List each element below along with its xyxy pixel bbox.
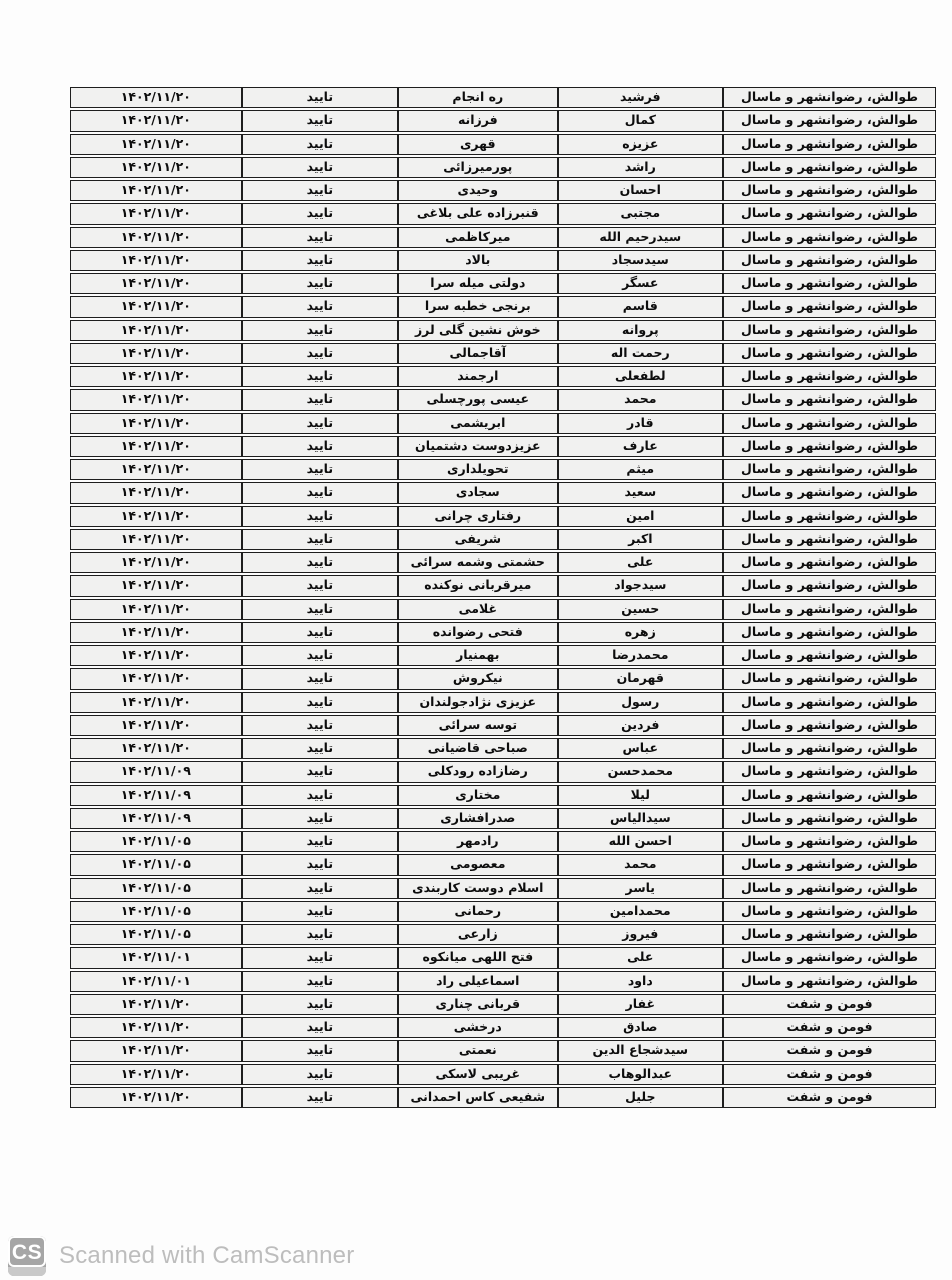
cell-status: تایید	[242, 761, 398, 782]
cell-date: ۱۴۰۲/۱۱/۲۰	[70, 645, 242, 666]
cell-last-name: رضازاده رودکلی	[398, 761, 557, 782]
cell-date: ۱۴۰۲/۱۱/۲۰	[70, 668, 242, 689]
cell-last-name: اسماعیلی راد	[398, 971, 557, 992]
cell-region: طوالش، رضوانشهر و ماسال	[723, 668, 936, 689]
cell-first-name: لطفعلی	[558, 366, 724, 387]
cell-date: ۱۴۰۲/۱۱/۲۰	[70, 622, 242, 643]
cell-status: تایید	[242, 436, 398, 457]
cell-first-name: احسن الله	[558, 831, 724, 852]
cell-status: تایید	[242, 482, 398, 503]
cell-region: طوالش، رضوانشهر و ماسال	[723, 134, 936, 155]
cell-first-name: محمدرضا	[558, 645, 724, 666]
table-row: طوالش، رضوانشهر و ماسال رحمت اله آقاجمال…	[70, 343, 936, 364]
cell-status: تایید	[242, 320, 398, 341]
cell-date: ۱۴۰۲/۱۱/۰۹	[70, 761, 242, 782]
cell-first-name: راشد	[558, 157, 724, 178]
table-row: طوالش، رضوانشهر و ماسال لیلا مختاری تایی…	[70, 785, 936, 806]
table-row: طوالش، رضوانشهر و ماسال زهره فتحی رضواند…	[70, 622, 936, 643]
cell-first-name: قادر	[558, 413, 724, 434]
cell-region: طوالش، رضوانشهر و ماسال	[723, 436, 936, 457]
cell-region: طوالش، رضوانشهر و ماسال	[723, 296, 936, 317]
cell-first-name: محمد	[558, 389, 724, 410]
table-row: طوالش، رضوانشهر و ماسال مجتبی قنبرزاده ع…	[70, 203, 936, 224]
table-row: طوالش، رضوانشهر و ماسال عسگر دولتی میله …	[70, 273, 936, 294]
table-row: فومن و شفت سیدشجاع الدین نعمتی تایید ۱۴۰…	[70, 1040, 936, 1061]
approval-table: طوالش، رضوانشهر و ماسال فرشید ره انجام ت…	[70, 85, 936, 1110]
cell-date: ۱۴۰۲/۱۱/۰۵	[70, 924, 242, 945]
cell-last-name: درخشی	[398, 1017, 557, 1038]
cell-status: تایید	[242, 1017, 398, 1038]
cell-last-name: نعمتی	[398, 1040, 557, 1061]
table-row: طوالش، رضوانشهر و ماسال سیدرحیم الله میر…	[70, 227, 936, 248]
cell-status: تایید	[242, 645, 398, 666]
cell-last-name: عزیزدوست دشتمیان	[398, 436, 557, 457]
cell-status: تایید	[242, 459, 398, 480]
cell-date: ۱۴۰۲/۱۱/۲۰	[70, 366, 242, 387]
table-row: طوالش، رضوانشهر و ماسال لطفعلی ارجمند تا…	[70, 366, 936, 387]
cell-region: طوالش، رضوانشهر و ماسال	[723, 645, 936, 666]
cell-first-name: عباس	[558, 738, 724, 759]
cell-last-name: زارعی	[398, 924, 557, 945]
cell-last-name: ابریشمی	[398, 413, 557, 434]
cell-first-name: عبدالوهاب	[558, 1064, 724, 1085]
cell-date: ۱۴۰۲/۱۱/۲۰	[70, 343, 242, 364]
table-row: طوالش، رضوانشهر و ماسال محمدرضا بهمنیار …	[70, 645, 936, 666]
cell-first-name: فردین	[558, 715, 724, 736]
table-row: طوالش، رضوانشهر و ماسال اکبر شریفی تایید…	[70, 529, 936, 550]
cell-last-name: شریفی	[398, 529, 557, 550]
cell-date: ۱۴۰۲/۱۱/۲۰	[70, 1087, 242, 1108]
table-row: طوالش، رضوانشهر و ماسال علی فتح اللهی می…	[70, 947, 936, 968]
table-row: طوالش، رضوانشهر و ماسال فیروز زارعی تایی…	[70, 924, 936, 945]
cell-region: طوالش، رضوانشهر و ماسال	[723, 87, 936, 108]
cell-first-name: امین	[558, 506, 724, 527]
cell-region: طوالش، رضوانشهر و ماسال	[723, 227, 936, 248]
cell-region: طوالش، رضوانشهر و ماسال	[723, 273, 936, 294]
cell-date: ۱۴۰۲/۱۱/۰۵	[70, 854, 242, 875]
cell-status: تایید	[242, 924, 398, 945]
cell-first-name: سیدالیاس	[558, 808, 724, 829]
cell-date: ۱۴۰۲/۱۱/۰۹	[70, 785, 242, 806]
table-row: طوالش، رضوانشهر و ماسال سیدجواد میرقربان…	[70, 575, 936, 596]
cell-status: تایید	[242, 878, 398, 899]
cell-first-name: سعید	[558, 482, 724, 503]
cell-first-name: کمال	[558, 110, 724, 131]
cell-region: طوالش، رضوانشهر و ماسال	[723, 343, 936, 364]
cell-region: طوالش، رضوانشهر و ماسال	[723, 947, 936, 968]
cell-date: ۱۴۰۲/۱۱/۲۰	[70, 552, 242, 573]
cell-first-name: علی	[558, 552, 724, 573]
cell-status: تایید	[242, 110, 398, 131]
scanned-document-page: طوالش، رضوانشهر و ماسال فرشید ره انجام ت…	[0, 0, 952, 1280]
table-row: طوالش، رضوانشهر و ماسال یاسر اسلام دوست …	[70, 878, 936, 899]
table-row: طوالش، رضوانشهر و ماسال احسان وحیدی تایی…	[70, 180, 936, 201]
cell-first-name: قهرمان	[558, 668, 724, 689]
cell-status: تایید	[242, 785, 398, 806]
cell-status: تایید	[242, 692, 398, 713]
cell-region: طوالش، رضوانشهر و ماسال	[723, 366, 936, 387]
cell-first-name: محمدامین	[558, 901, 724, 922]
cell-region: طوالش، رضوانشهر و ماسال	[723, 250, 936, 271]
cell-region: فومن و شفت	[723, 994, 936, 1015]
cell-date: ۱۴۰۲/۱۱/۲۰	[70, 87, 242, 108]
cell-first-name: داود	[558, 971, 724, 992]
cell-date: ۱۴۰۲/۱۱/۲۰	[70, 692, 242, 713]
cell-region: طوالش، رضوانشهر و ماسال	[723, 971, 936, 992]
cell-region: طوالش، رضوانشهر و ماسال	[723, 808, 936, 829]
cell-last-name: خوش نشین گلی لرز	[398, 320, 557, 341]
cell-last-name: صدرافشاری	[398, 808, 557, 829]
cell-status: تایید	[242, 227, 398, 248]
cell-last-name: رحمانی	[398, 901, 557, 922]
cell-region: طوالش، رضوانشهر و ماسال	[723, 785, 936, 806]
cell-date: ۱۴۰۲/۱۱/۲۰	[70, 250, 242, 271]
table-row: فومن و شفت جلیل شفیعی کاس احمدانی تایید …	[70, 1087, 936, 1108]
cell-last-name: غلامی	[398, 599, 557, 620]
cell-last-name: پورمیرزائی	[398, 157, 557, 178]
cell-last-name: قربانی چناری	[398, 994, 557, 1015]
cell-status: تایید	[242, 738, 398, 759]
cell-status: تایید	[242, 343, 398, 364]
table-row: طوالش، رضوانشهر و ماسال علی حشمتی وشمه س…	[70, 552, 936, 573]
cell-date: ۱۴۰۲/۱۱/۲۰	[70, 134, 242, 155]
cell-status: تایید	[242, 971, 398, 992]
table-row: طوالش، رضوانشهر و ماسال محمدحسن رضازاده …	[70, 761, 936, 782]
cell-status: تایید	[242, 366, 398, 387]
camscanner-logo-icon: CS	[8, 1236, 46, 1276]
cell-first-name: لیلا	[558, 785, 724, 806]
cell-status: تایید	[242, 203, 398, 224]
cell-status: تایید	[242, 552, 398, 573]
cell-first-name: حسین	[558, 599, 724, 620]
cell-status: تایید	[242, 134, 398, 155]
cell-date: ۱۴۰۲/۱۱/۲۰	[70, 180, 242, 201]
cell-last-name: عزیزی نژادجولندان	[398, 692, 557, 713]
cell-region: فومن و شفت	[723, 1064, 936, 1085]
cell-region: طوالش، رضوانشهر و ماسال	[723, 203, 936, 224]
cell-last-name: وحیدی	[398, 180, 557, 201]
cell-last-name: میرکاظمی	[398, 227, 557, 248]
table-row: طوالش، رضوانشهر و ماسال عارف عزیزدوست دش…	[70, 436, 936, 457]
cell-date: ۱۴۰۲/۱۱/۲۰	[70, 413, 242, 434]
cell-status: تایید	[242, 668, 398, 689]
cell-region: طوالش، رضوانشهر و ماسال	[723, 506, 936, 527]
table-row: طوالش، رضوانشهر و ماسال سیدالیاس صدرافشا…	[70, 808, 936, 829]
cell-status: تایید	[242, 1040, 398, 1061]
cell-status: تایید	[242, 389, 398, 410]
cell-first-name: فیروز	[558, 924, 724, 945]
cell-status: تایید	[242, 529, 398, 550]
table-row: طوالش، رضوانشهر و ماسال فردین توسه سرائی…	[70, 715, 936, 736]
cell-last-name: رفتاری چرانی	[398, 506, 557, 527]
cell-region: طوالش، رضوانشهر و ماسال	[723, 738, 936, 759]
table-row: فومن و شفت عبدالوهاب غریبی لاسکی تایید ۱…	[70, 1064, 936, 1085]
cell-first-name: فرشید	[558, 87, 724, 108]
cell-date: ۱۴۰۲/۱۱/۲۰	[70, 157, 242, 178]
cell-date: ۱۴۰۲/۱۱/۲۰	[70, 320, 242, 341]
cell-last-name: ره انجام	[398, 87, 557, 108]
table-row: طوالش، رضوانشهر و ماسال محمد عیسی پورچسل…	[70, 389, 936, 410]
cell-first-name: رحمت اله	[558, 343, 724, 364]
cell-last-name: برنجی خطبه سرا	[398, 296, 557, 317]
cell-date: ۱۴۰۲/۱۱/۲۰	[70, 506, 242, 527]
cell-region: طوالش، رضوانشهر و ماسال	[723, 575, 936, 596]
table-row: فومن و شفت صادق درخشی تایید ۱۴۰۲/۱۱/۲۰	[70, 1017, 936, 1038]
cell-region: طوالش، رضوانشهر و ماسال	[723, 389, 936, 410]
cell-status: تایید	[242, 250, 398, 271]
cell-last-name: مختاری	[398, 785, 557, 806]
table-row: طوالش، رضوانشهر و ماسال قاسم برنجی خطبه …	[70, 296, 936, 317]
cs-badge-text: CS	[8, 1236, 46, 1267]
cell-first-name: عزیزه	[558, 134, 724, 155]
cell-last-name: معصومی	[398, 854, 557, 875]
table-row: طوالش، رضوانشهر و ماسال پروانه خوش نشین …	[70, 320, 936, 341]
cell-region: طوالش، رضوانشهر و ماسال	[723, 831, 936, 852]
cell-region: طوالش، رضوانشهر و ماسال	[723, 110, 936, 131]
cell-date: ۱۴۰۲/۱۱/۲۰	[70, 1017, 242, 1038]
cell-status: تایید	[242, 599, 398, 620]
table-row: طوالش، رضوانشهر و ماسال حسین غلامی تایید…	[70, 599, 936, 620]
cell-first-name: مجتبی	[558, 203, 724, 224]
cell-last-name: اسلام دوست کاربندی	[398, 878, 557, 899]
cell-status: تایید	[242, 994, 398, 1015]
table-row: فومن و شفت غفار قربانی چناری تایید ۱۴۰۲/…	[70, 994, 936, 1015]
cell-date: ۱۴۰۲/۱۱/۲۰	[70, 459, 242, 480]
cell-region: طوالش، رضوانشهر و ماسال	[723, 715, 936, 736]
cell-region: طوالش، رضوانشهر و ماسال	[723, 901, 936, 922]
cell-last-name: رادمهر	[398, 831, 557, 852]
cs-badge-tab	[8, 1267, 46, 1276]
cell-status: تایید	[242, 413, 398, 434]
cell-last-name: فرزانه	[398, 110, 557, 131]
table-row: طوالش، رضوانشهر و ماسال قادر ابریشمی تای…	[70, 413, 936, 434]
cell-first-name: میثم	[558, 459, 724, 480]
cell-date: ۱۴۰۲/۱۱/۲۰	[70, 296, 242, 317]
cell-last-name: فتح اللهی میانکوه	[398, 947, 557, 968]
cell-date: ۱۴۰۲/۱۱/۰۹	[70, 808, 242, 829]
cell-first-name: احسان	[558, 180, 724, 201]
cell-last-name: قهری	[398, 134, 557, 155]
cell-date: ۱۴۰۲/۱۱/۲۰	[70, 529, 242, 550]
cell-date: ۱۴۰۲/۱۱/۲۰	[70, 599, 242, 620]
table-row: طوالش، رضوانشهر و ماسال سعید سجادی تایید…	[70, 482, 936, 503]
cell-first-name: جلیل	[558, 1087, 724, 1108]
cell-date: ۱۴۰۲/۱۱/۲۰	[70, 994, 242, 1015]
cell-first-name: قاسم	[558, 296, 724, 317]
cell-last-name: بهمنیار	[398, 645, 557, 666]
table-row: طوالش، رضوانشهر و ماسال عزیزه قهری تایید…	[70, 134, 936, 155]
table-row: طوالش، رضوانشهر و ماسال قهرمان نیکروش تا…	[70, 668, 936, 689]
cell-status: تایید	[242, 87, 398, 108]
cell-status: تایید	[242, 180, 398, 201]
cell-status: تایید	[242, 273, 398, 294]
cell-status: تایید	[242, 831, 398, 852]
cell-first-name: عارف	[558, 436, 724, 457]
table-row: طوالش، رضوانشهر و ماسال داود اسماعیلی را…	[70, 971, 936, 992]
cell-last-name: عیسی پورچسلی	[398, 389, 557, 410]
cell-status: تایید	[242, 901, 398, 922]
cell-last-name: میرقربانی نوکنده	[398, 575, 557, 596]
cell-region: طوالش، رضوانشهر و ماسال	[723, 622, 936, 643]
cell-region: طوالش، رضوانشهر و ماسال	[723, 180, 936, 201]
cell-last-name: صباحی قاضیانی	[398, 738, 557, 759]
cell-last-name: حشمتی وشمه سرائی	[398, 552, 557, 573]
cell-status: تایید	[242, 506, 398, 527]
cell-status: تایید	[242, 947, 398, 968]
cell-last-name: غریبی لاسکی	[398, 1064, 557, 1085]
cell-first-name: سیدرحیم الله	[558, 227, 724, 248]
cell-date: ۱۴۰۲/۱۱/۰۵	[70, 831, 242, 852]
cell-date: ۱۴۰۲/۱۱/۰۵	[70, 901, 242, 922]
cell-status: تایید	[242, 1087, 398, 1108]
cell-last-name: دولتی میله سرا	[398, 273, 557, 294]
cell-last-name: توسه سرائی	[398, 715, 557, 736]
cell-date: ۱۴۰۲/۱۱/۰۱	[70, 947, 242, 968]
cell-region: طوالش، رضوانشهر و ماسال	[723, 320, 936, 341]
cell-first-name: غفار	[558, 994, 724, 1015]
cell-last-name: قنبرزاده علی بلاغی	[398, 203, 557, 224]
cell-last-name: ارجمند	[398, 366, 557, 387]
table-row: طوالش، رضوانشهر و ماسال محمد معصومی تایی…	[70, 854, 936, 875]
cell-first-name: علی	[558, 947, 724, 968]
cell-region: طوالش، رضوانشهر و ماسال	[723, 878, 936, 899]
cell-first-name: عسگر	[558, 273, 724, 294]
cell-region: طوالش، رضوانشهر و ماسال	[723, 413, 936, 434]
cell-last-name: سجادی	[398, 482, 557, 503]
cell-last-name: فتحی رضوانده	[398, 622, 557, 643]
table-row: طوالش، رضوانشهر و ماسال رسول عزیزی نژادج…	[70, 692, 936, 713]
cell-first-name: صادق	[558, 1017, 724, 1038]
cell-first-name: رسول	[558, 692, 724, 713]
table-row: طوالش، رضوانشهر و ماسال راشد پورمیرزائی …	[70, 157, 936, 178]
cell-first-name: یاسر	[558, 878, 724, 899]
table-row: طوالش، رضوانشهر و ماسال سیدسجاد بالاد تا…	[70, 250, 936, 271]
cell-date: ۱۴۰۲/۱۱/۲۰	[70, 436, 242, 457]
cell-status: تایید	[242, 1064, 398, 1085]
cell-first-name: سیدسجاد	[558, 250, 724, 271]
cell-region: طوالش، رضوانشهر و ماسال	[723, 529, 936, 550]
cell-status: تایید	[242, 157, 398, 178]
cell-region: طوالش، رضوانشهر و ماسال	[723, 924, 936, 945]
cell-region: طوالش، رضوانشهر و ماسال	[723, 482, 936, 503]
cell-status: تایید	[242, 622, 398, 643]
cell-first-name: محمد	[558, 854, 724, 875]
cell-region: طوالش، رضوانشهر و ماسال	[723, 157, 936, 178]
cell-region: فومن و شفت	[723, 1087, 936, 1108]
cell-status: تایید	[242, 296, 398, 317]
table-row: طوالش، رضوانشهر و ماسال میثم تحویلداری ت…	[70, 459, 936, 480]
cell-first-name: سیدجواد	[558, 575, 724, 596]
cell-last-name: شفیعی کاس احمدانی	[398, 1087, 557, 1108]
cell-status: تایید	[242, 808, 398, 829]
cell-last-name: تحویلداری	[398, 459, 557, 480]
cell-date: ۱۴۰۲/۱۱/۲۰	[70, 1040, 242, 1061]
cell-first-name: محمدحسن	[558, 761, 724, 782]
cell-date: ۱۴۰۲/۱۱/۲۰	[70, 110, 242, 131]
cell-date: ۱۴۰۲/۱۱/۰۱	[70, 971, 242, 992]
watermark-text: Scanned with CamScanner	[59, 1242, 354, 1270]
cell-status: تایید	[242, 715, 398, 736]
cell-region: طوالش، رضوانشهر و ماسال	[723, 761, 936, 782]
cell-first-name: سیدشجاع الدین	[558, 1040, 724, 1061]
table-row: طوالش، رضوانشهر و ماسال کمال فرزانه تایی…	[70, 110, 936, 131]
cell-region: طوالش، رضوانشهر و ماسال	[723, 459, 936, 480]
cell-date: ۱۴۰۲/۱۱/۰۵	[70, 878, 242, 899]
cell-region: طوالش، رضوانشهر و ماسال	[723, 599, 936, 620]
cell-date: ۱۴۰۲/۱۱/۲۰	[70, 575, 242, 596]
cell-first-name: پروانه	[558, 320, 724, 341]
table-row: طوالش، رضوانشهر و ماسال محمدامین رحمانی …	[70, 901, 936, 922]
cell-date: ۱۴۰۲/۱۱/۲۰	[70, 227, 242, 248]
cell-date: ۱۴۰۲/۱۱/۲۰	[70, 203, 242, 224]
cell-date: ۱۴۰۲/۱۱/۲۰	[70, 738, 242, 759]
camscanner-watermark: CS Scanned with CamScanner	[8, 1236, 354, 1276]
cell-status: تایید	[242, 854, 398, 875]
table-row: طوالش، رضوانشهر و ماسال فرشید ره انجام ت…	[70, 87, 936, 108]
table-row: طوالش، رضوانشهر و ماسال امین رفتاری چران…	[70, 506, 936, 527]
cell-first-name: اکبر	[558, 529, 724, 550]
cell-region: طوالش، رضوانشهر و ماسال	[723, 854, 936, 875]
cell-last-name: نیکروش	[398, 668, 557, 689]
cell-date: ۱۴۰۲/۱۱/۲۰	[70, 482, 242, 503]
cell-region: فومن و شفت	[723, 1017, 936, 1038]
table-row: طوالش، رضوانشهر و ماسال احسن الله رادمهر…	[70, 831, 936, 852]
cell-region: فومن و شفت	[723, 1040, 936, 1061]
cell-status: تایید	[242, 575, 398, 596]
cell-date: ۱۴۰۲/۱۱/۲۰	[70, 389, 242, 410]
cell-last-name: آقاجمالی	[398, 343, 557, 364]
cell-last-name: بالاد	[398, 250, 557, 271]
cell-region: طوالش، رضوانشهر و ماسال	[723, 692, 936, 713]
cell-first-name: زهره	[558, 622, 724, 643]
cell-date: ۱۴۰۲/۱۱/۲۰	[70, 273, 242, 294]
table-row: طوالش، رضوانشهر و ماسال عباس صباحی قاضیا…	[70, 738, 936, 759]
cell-date: ۱۴۰۲/۱۱/۲۰	[70, 715, 242, 736]
cell-region: طوالش، رضوانشهر و ماسال	[723, 552, 936, 573]
cell-date: ۱۴۰۲/۱۱/۲۰	[70, 1064, 242, 1085]
